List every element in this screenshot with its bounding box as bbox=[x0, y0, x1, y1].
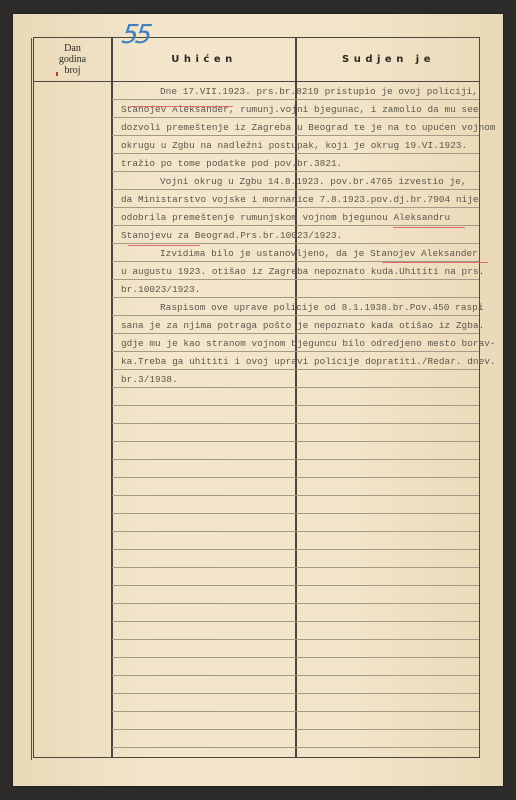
typed-line: okrugu u Zgbu na nadležni postupak, koji… bbox=[121, 140, 491, 158]
typed-line: gdje mu je kao stranom vojnom bjeguncu b… bbox=[121, 338, 491, 356]
typed-line: da Ministarstvo vojske i mornarice 7.8.1… bbox=[121, 194, 491, 212]
typed-text-block: Dne 17.VII.1923. prs.br.8219 pristupio j… bbox=[0, 0, 516, 800]
typed-line: ka.Treba ga uhititi i ovoj upravi polici… bbox=[121, 356, 491, 374]
typed-line: Vojni okrug u Zgbu 14.8.1923. pov.br.476… bbox=[160, 176, 516, 194]
typed-line: br.10023/1923. bbox=[121, 284, 491, 302]
typed-line: u augustu 1923. otišao iz Zagreba nepozn… bbox=[121, 266, 491, 284]
typed-line: Dne 17.VII.1923. prs.br.8219 pristupio j… bbox=[160, 86, 516, 104]
typed-line: br.3/1938. bbox=[121, 374, 491, 392]
typed-line: Raspisom ove uprave policije od 8.1.1938… bbox=[160, 302, 516, 320]
typed-line: sana je za njima potraga pošto je nepozn… bbox=[121, 320, 491, 338]
typed-line: dozvoli premeštenje iz Zagreba u Beograd… bbox=[121, 122, 491, 140]
typed-line: tražio po tome podatke pod pov.br.3821. bbox=[121, 158, 491, 176]
typed-line: Izvidima bilo je ustanovljeno, da je Sta… bbox=[160, 248, 516, 266]
